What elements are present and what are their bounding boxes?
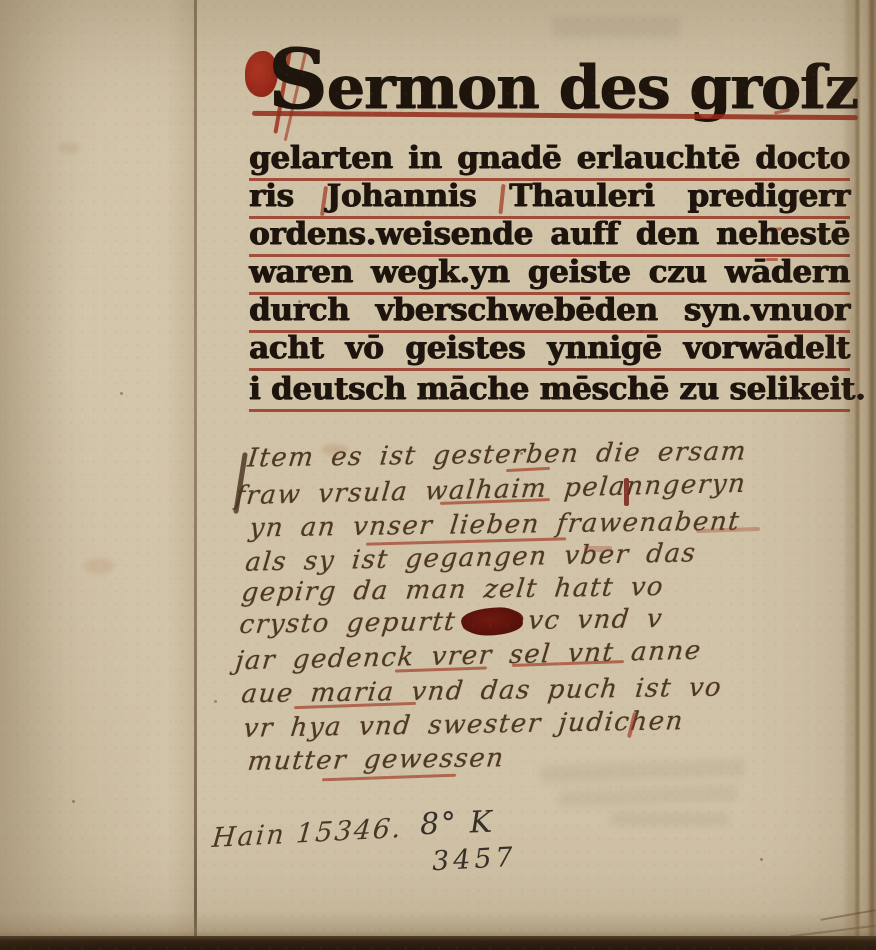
paper-speck [120, 392, 123, 395]
paper-speck [214, 700, 217, 703]
printed-line: acht vō geistes ynnigē vorwādelt [249, 331, 850, 371]
manuscript-line-part: vc vnd v [527, 604, 665, 636]
stain [84, 558, 114, 574]
printed-line: durch vberschwebēden syn.vnuor [249, 293, 850, 333]
stain [58, 142, 80, 154]
ink-blot [460, 607, 525, 636]
paper-speck [72, 800, 75, 803]
printed-line: gelarten in gnadē erlauchtē docto [249, 141, 850, 181]
shelfmark-format: 8° K [419, 805, 494, 843]
book-photo: Sermon des groſz gelarten in gnadē erlau… [0, 0, 876, 950]
manuscript-line: gepirg da man zelt hatt vo [240, 572, 666, 608]
printed-line: ordens.weisende auff den nehestē [249, 217, 850, 257]
red-stroke-mark [624, 478, 629, 506]
page-bottom-edge [0, 912, 876, 938]
printed-line: i deutsch māche mēschē zu selikeit. [249, 372, 850, 412]
manuscript-line: crysto gepurttvc vnd v [238, 604, 665, 640]
paper-speck [760, 858, 763, 861]
ghost-showthrough [552, 16, 680, 38]
red-smudge-mark [584, 546, 612, 552]
title-text: Sermon des groſz [268, 44, 856, 118]
ghost-showthrough [610, 812, 730, 826]
book-edge-shadow [0, 936, 876, 950]
manuscript-line-part: crysto gepurtt [238, 607, 458, 640]
facing-page [0, 0, 196, 950]
printed-line: ris Johannis Thauleri predigerr [249, 179, 850, 219]
printed-line: waren wegk.yn geiste czu wādern [249, 255, 850, 295]
manuscript-line: mutter gewessen [246, 743, 506, 777]
shelfmark-number: 3457 [431, 842, 517, 877]
